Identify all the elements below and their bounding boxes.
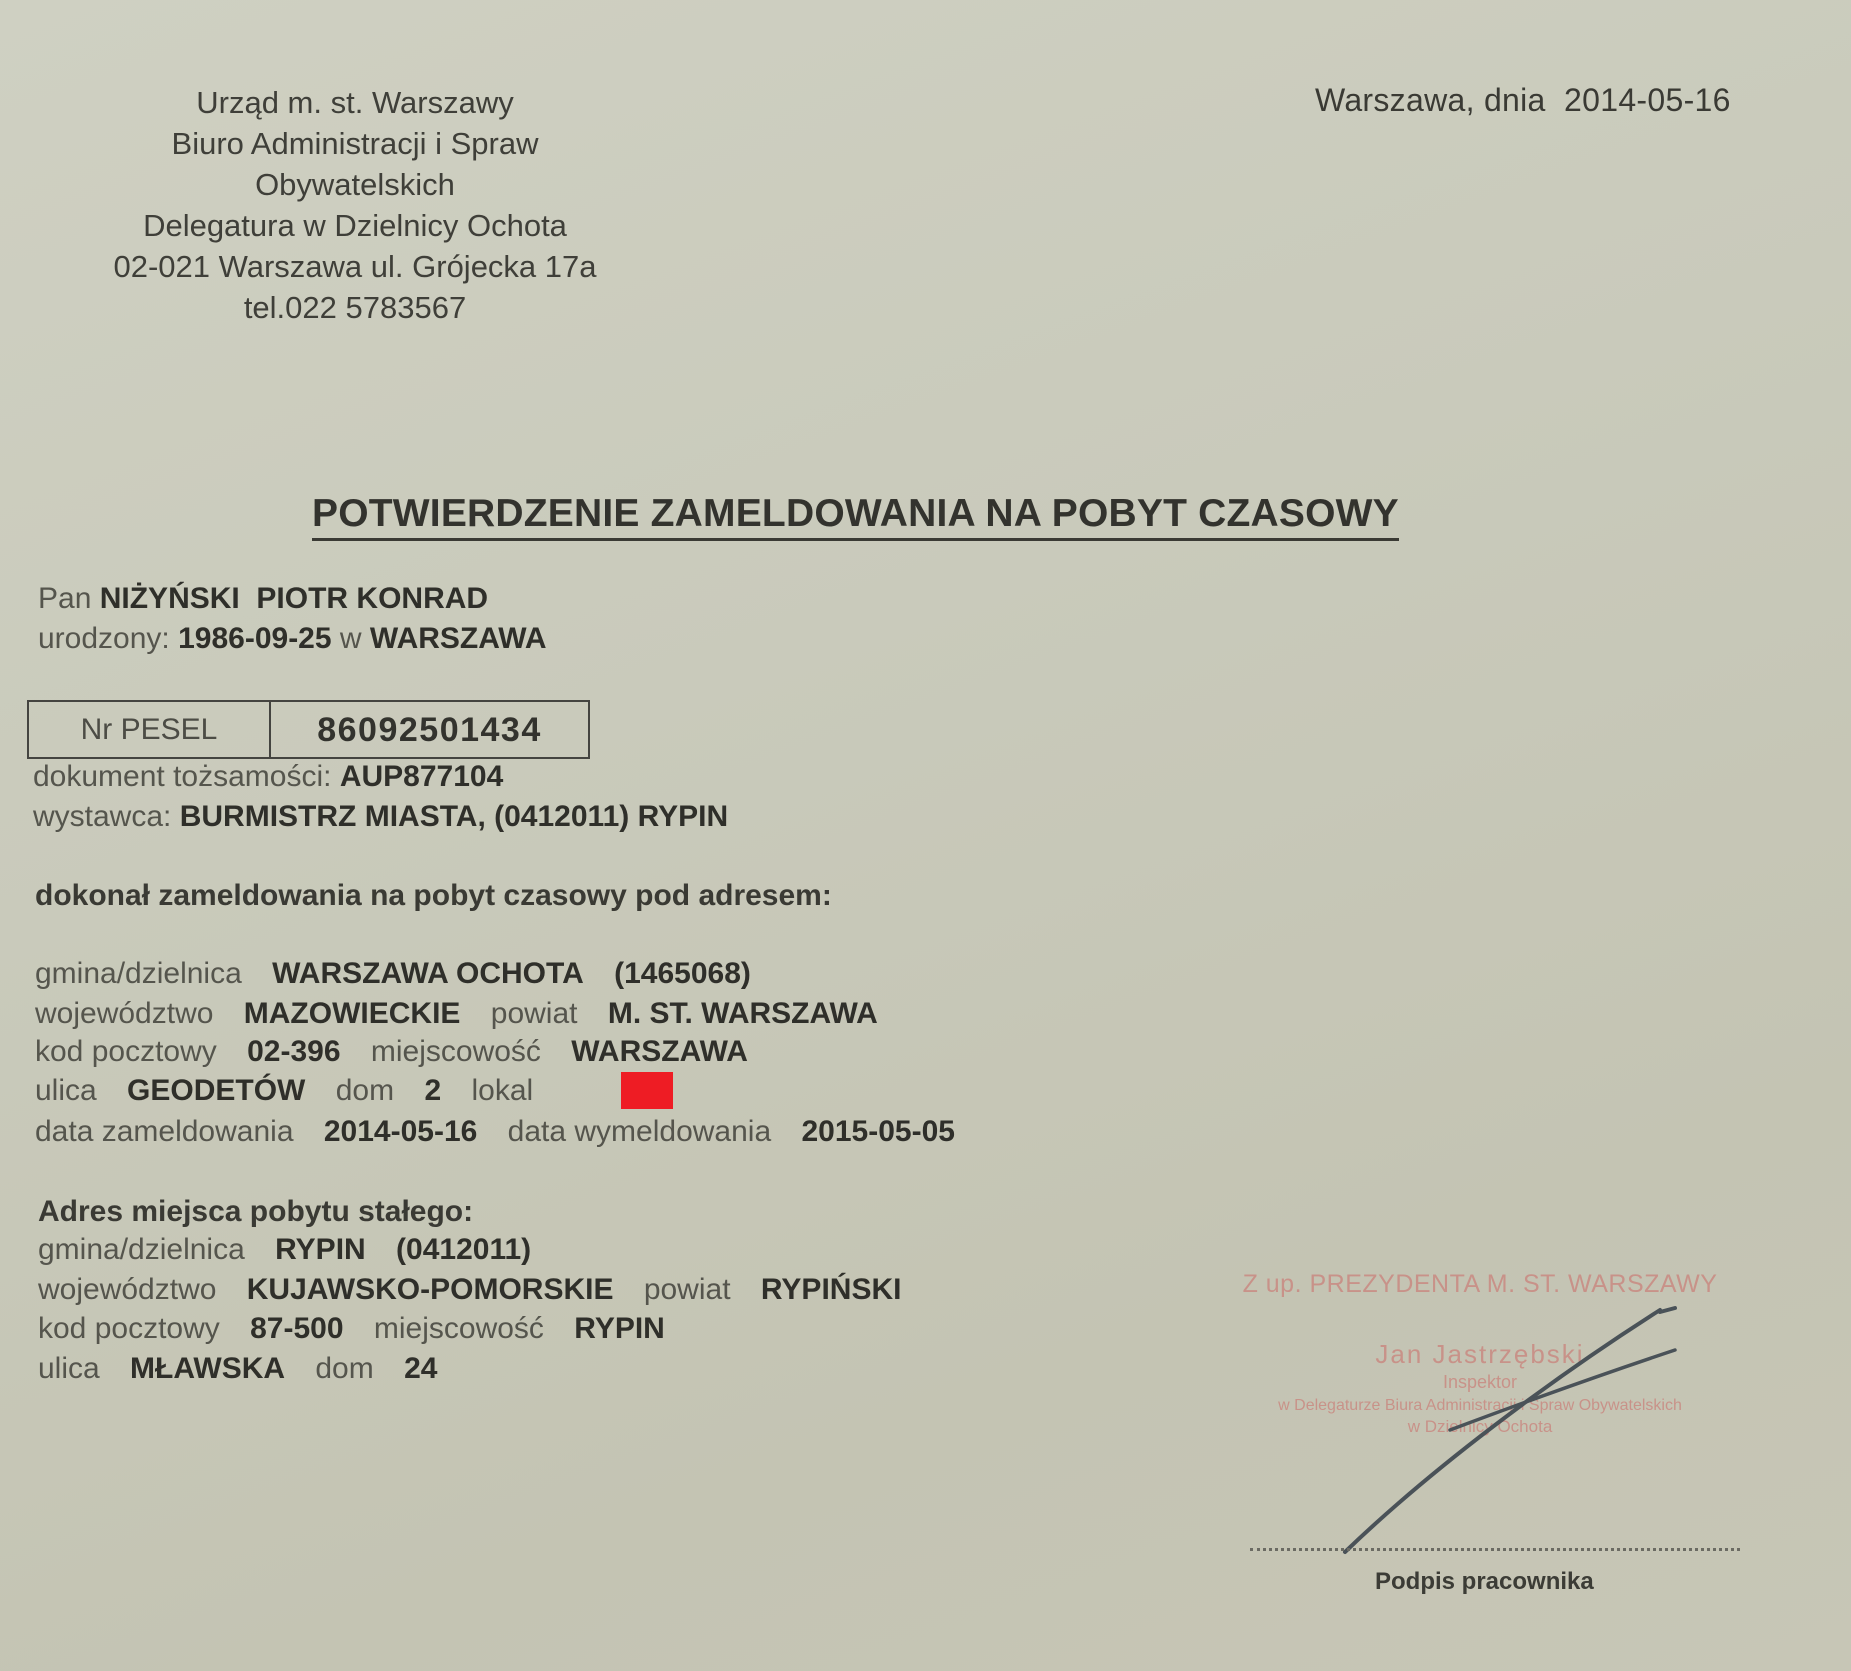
powiat-value: M. ST. WARSZAWA	[608, 997, 878, 1030]
wymeldowanie-label: data wymeldowania	[508, 1115, 771, 1148]
perm-kod-line: kod pocztowy 87-500 miejscowość RYPIN	[38, 1312, 665, 1346]
miejsc-label: miejscowość	[371, 1035, 541, 1068]
born-place: WARSZAWA	[370, 622, 547, 655]
zameldowanie-value: 2014-05-16	[324, 1115, 477, 1148]
signature-line	[1250, 1548, 1740, 1551]
powiat-value: RYPIŃSKI	[761, 1273, 902, 1306]
powiat-label: powiat	[644, 1273, 731, 1306]
kod-label: kod pocztowy	[38, 1312, 220, 1345]
pesel-value: 86092501434	[271, 702, 588, 757]
signature-caption: Podpis pracownika	[1375, 1568, 1594, 1596]
header-line: Urząd m. st. Warszawy	[60, 82, 650, 123]
gmina-value: RYPIN	[275, 1233, 366, 1266]
woj-value: MAZOWIECKIE	[244, 997, 461, 1030]
gmina-label: gmina/dzielnica	[35, 957, 242, 990]
signature-icon	[1250, 1270, 1770, 1570]
dom-value: 24	[404, 1352, 437, 1385]
dom-label: dom	[315, 1352, 373, 1385]
issuer-line: wystawca: BURMISTRZ MIASTA, (0412011) RY…	[33, 800, 728, 834]
issuer-label: wystawca:	[33, 800, 171, 833]
dom-value: 2	[424, 1074, 441, 1107]
ulica-label: ulica	[35, 1074, 97, 1107]
id-document-line: dokument tożsamości: AUP877104	[33, 760, 503, 794]
miejsc-value: RYPIN	[574, 1312, 665, 1345]
gmina-label: gmina/dzielnica	[38, 1233, 245, 1266]
temp-kod-line: kod pocztowy 02-396 miejscowość WARSZAWA	[35, 1035, 748, 1069]
header-line: Biuro Administracji i Spraw	[60, 123, 650, 164]
gmina-code: (0412011)	[396, 1233, 531, 1266]
id-doc-value: AUP877104	[340, 760, 503, 793]
pesel-box: Nr PESEL 86092501434	[27, 700, 590, 759]
pesel-label: Nr PESEL	[29, 702, 271, 757]
perm-woj-line: województwo KUJAWSKO-POMORSKIE powiat RY…	[38, 1273, 901, 1307]
powiat-label: powiat	[491, 997, 578, 1030]
perm-ulica-line: ulica MŁAWSKA dom 24	[38, 1352, 437, 1386]
woj-value: KUJAWSKO-POMORSKIE	[247, 1273, 614, 1306]
header-line: Obywatelskich	[60, 164, 650, 205]
born-date: 1986-09-25	[178, 622, 331, 655]
temp-gmina-line: gmina/dzielnica WARSZAWA OCHOTA (1465068…	[35, 957, 751, 991]
header-line: tel.022 5783567	[60, 287, 650, 328]
woj-label: województwo	[35, 997, 213, 1030]
born-in: w	[340, 622, 362, 655]
birth-line: urodzony: 1986-09-25 w WARSZAWA	[38, 622, 547, 656]
temp-ulica-line: ulica GEODETÓW dom 2 lokal	[35, 1074, 533, 1108]
kod-value: 02-396	[247, 1035, 340, 1068]
miejsc-label: miejscowość	[374, 1312, 544, 1345]
ulica-label: ulica	[38, 1352, 100, 1385]
ulica-value: GEODETÓW	[127, 1074, 305, 1107]
id-doc-label: dokument tożsamości:	[33, 760, 331, 793]
temp-woj-line: województwo MAZOWIECKIE powiat M. ST. WA…	[35, 997, 878, 1031]
header-line: Delegatura w Dzielnicy Ochota	[60, 205, 650, 246]
dom-label: dom	[336, 1074, 394, 1107]
header-line: 02-021 Warszawa ul. Grójecka 17a	[60, 246, 650, 287]
gmina-code: (1465068)	[614, 957, 751, 990]
kod-label: kod pocztowy	[35, 1035, 217, 1068]
perm-gmina-line: gmina/dzielnica RYPIN (0412011)	[38, 1233, 531, 1267]
issuer-value: BURMISTRZ MIASTA, (0412011) RYPIN	[180, 800, 728, 833]
person-name: NIŻYŃSKI PIOTR KONRAD	[100, 582, 488, 615]
document-date: Warszawa, dnia 2014-05-16	[1315, 82, 1731, 119]
date-value: 2014-05-16	[1564, 82, 1731, 118]
lokal-label: lokal	[471, 1074, 533, 1107]
issuer-header: Urząd m. st. Warszawy Biuro Administracj…	[60, 82, 650, 328]
document-title: POTWIERDZENIE ZAMELDOWANIA NA POBYT CZAS…	[312, 492, 1399, 541]
temp-dates-line: data zameldowania 2014-05-16 data wymeld…	[35, 1115, 955, 1149]
redaction-box	[621, 1072, 673, 1109]
zameldowanie-label: data zameldowania	[35, 1115, 294, 1148]
wymeldowanie-value: 2015-05-05	[802, 1115, 955, 1148]
kod-value: 87-500	[250, 1312, 343, 1345]
temporary-intro: dokonał zameldowania na pobyt czasowy po…	[35, 879, 832, 913]
date-label: Warszawa, dnia	[1315, 82, 1546, 118]
ulica-value: MŁAWSKA	[130, 1352, 285, 1385]
name-prefix: Pan	[38, 582, 91, 615]
miejsc-value: WARSZAWA	[571, 1035, 748, 1068]
woj-label: województwo	[38, 1273, 216, 1306]
permanent-heading: Adres miejsca pobytu stałego:	[38, 1195, 473, 1229]
person-name-line: Pan NIŻYŃSKI PIOTR KONRAD	[38, 582, 488, 616]
born-label: urodzony:	[38, 622, 170, 655]
gmina-value: WARSZAWA OCHOTA	[272, 957, 584, 990]
